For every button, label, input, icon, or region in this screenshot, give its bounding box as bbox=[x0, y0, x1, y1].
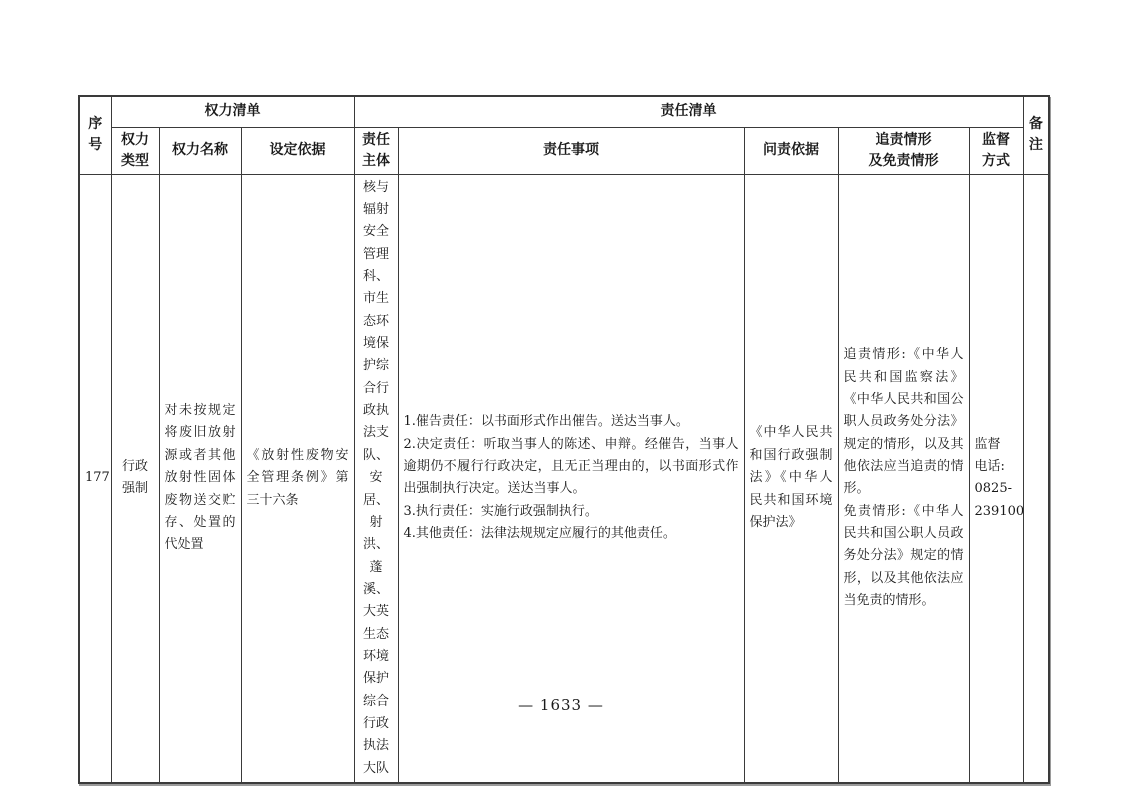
header-power-group: 权力清单 bbox=[111, 96, 354, 127]
document-page: 序 号 权力清单 责任清单 备 注 权力 类型 权力名称 设定依据 责任 主体 … bbox=[0, 0, 1122, 793]
duty-item: 3.执行责任：实施行政强制执行。 bbox=[404, 501, 739, 523]
header-power-name: 权力名称 bbox=[159, 127, 241, 174]
header-duty-subject: 责任 主体 bbox=[354, 127, 398, 174]
cell-duty-subject: 核与辐射安全管理科、市生态环境保护综合行政执法支队、安居、射洪、蓬溪、大英生态环… bbox=[354, 174, 398, 783]
header-remarks: 备 注 bbox=[1023, 96, 1049, 174]
header-pursuit-exemption: 追责情形 及免责情形 bbox=[838, 127, 969, 174]
cell-supervision-method: 监督 电话: 0825- 2391002 bbox=[969, 174, 1023, 783]
duty-item: 2.决定责任：听取当事人的陈述、申辩。经催告，当事人逾期仍不履行行政决定，且无正… bbox=[404, 434, 739, 501]
header-row-groups: 序 号 权力清单 责任清单 备 注 bbox=[79, 96, 1049, 127]
header-supervision-method: 监督 方式 bbox=[969, 127, 1023, 174]
header-serial: 序 号 bbox=[79, 96, 111, 174]
header-setting-basis: 设定依据 bbox=[241, 127, 354, 174]
cell-serial: 177 bbox=[79, 174, 111, 783]
header-row-columns: 权力 类型 权力名称 设定依据 责任 主体 责任事项 问责依据 追责情形 及免责… bbox=[79, 127, 1049, 174]
cell-pursuit-exemption: 追责情形:《中华人民共和国监察法》《中华人民共和国公职人员政务处分法》规定的情形… bbox=[838, 174, 969, 783]
table-row: 177 行政 强制 对未按规定将废旧放射源或者其他放射性固体废物送交贮存、处置的… bbox=[79, 174, 1049, 783]
header-duty-items: 责任事项 bbox=[398, 127, 744, 174]
cell-duty-items: 1.催告责任：以书面形式作出催告。送达当事人。 2.决定责任：听取当事人的陈述、… bbox=[398, 174, 744, 783]
header-accountability-basis: 问责依据 bbox=[744, 127, 838, 174]
cell-power-type: 行政 强制 bbox=[111, 174, 159, 783]
cell-accountability-basis: 《中华人民共和国行政强制法》《中华人民共和国环境保护法》 bbox=[744, 174, 838, 783]
exemption-situations: 免责情形:《中华人民共和国公职人员政务处分法》规定的情形，以及其他依法应当免责的… bbox=[844, 501, 964, 613]
duty-item: 1.催告责任：以书面形式作出催告。送达当事人。 bbox=[404, 411, 739, 433]
cell-setting-basis: 《放射性废物安全管理条例》第三十六条 bbox=[241, 174, 354, 783]
page-number: — 1633 — bbox=[0, 696, 1122, 714]
cell-remarks bbox=[1023, 174, 1049, 783]
header-duty-group: 责任清单 bbox=[354, 96, 1023, 127]
power-duty-table: 序 号 权力清单 责任清单 备 注 权力 类型 权力名称 设定依据 责任 主体 … bbox=[78, 95, 1050, 784]
duty-item: 4.其他责任：法律法规规定应履行的其他责任。 bbox=[404, 523, 739, 545]
cell-power-name: 对未按规定将废旧放射源或者其他放射性固体废物送交贮存、处置的代处置 bbox=[159, 174, 241, 783]
pursuit-situations: 追责情形:《中华人民共和国监察法》《中华人民共和国公职人员政务处分法》规定的情形… bbox=[844, 344, 964, 501]
header-power-type: 权力 类型 bbox=[111, 127, 159, 174]
